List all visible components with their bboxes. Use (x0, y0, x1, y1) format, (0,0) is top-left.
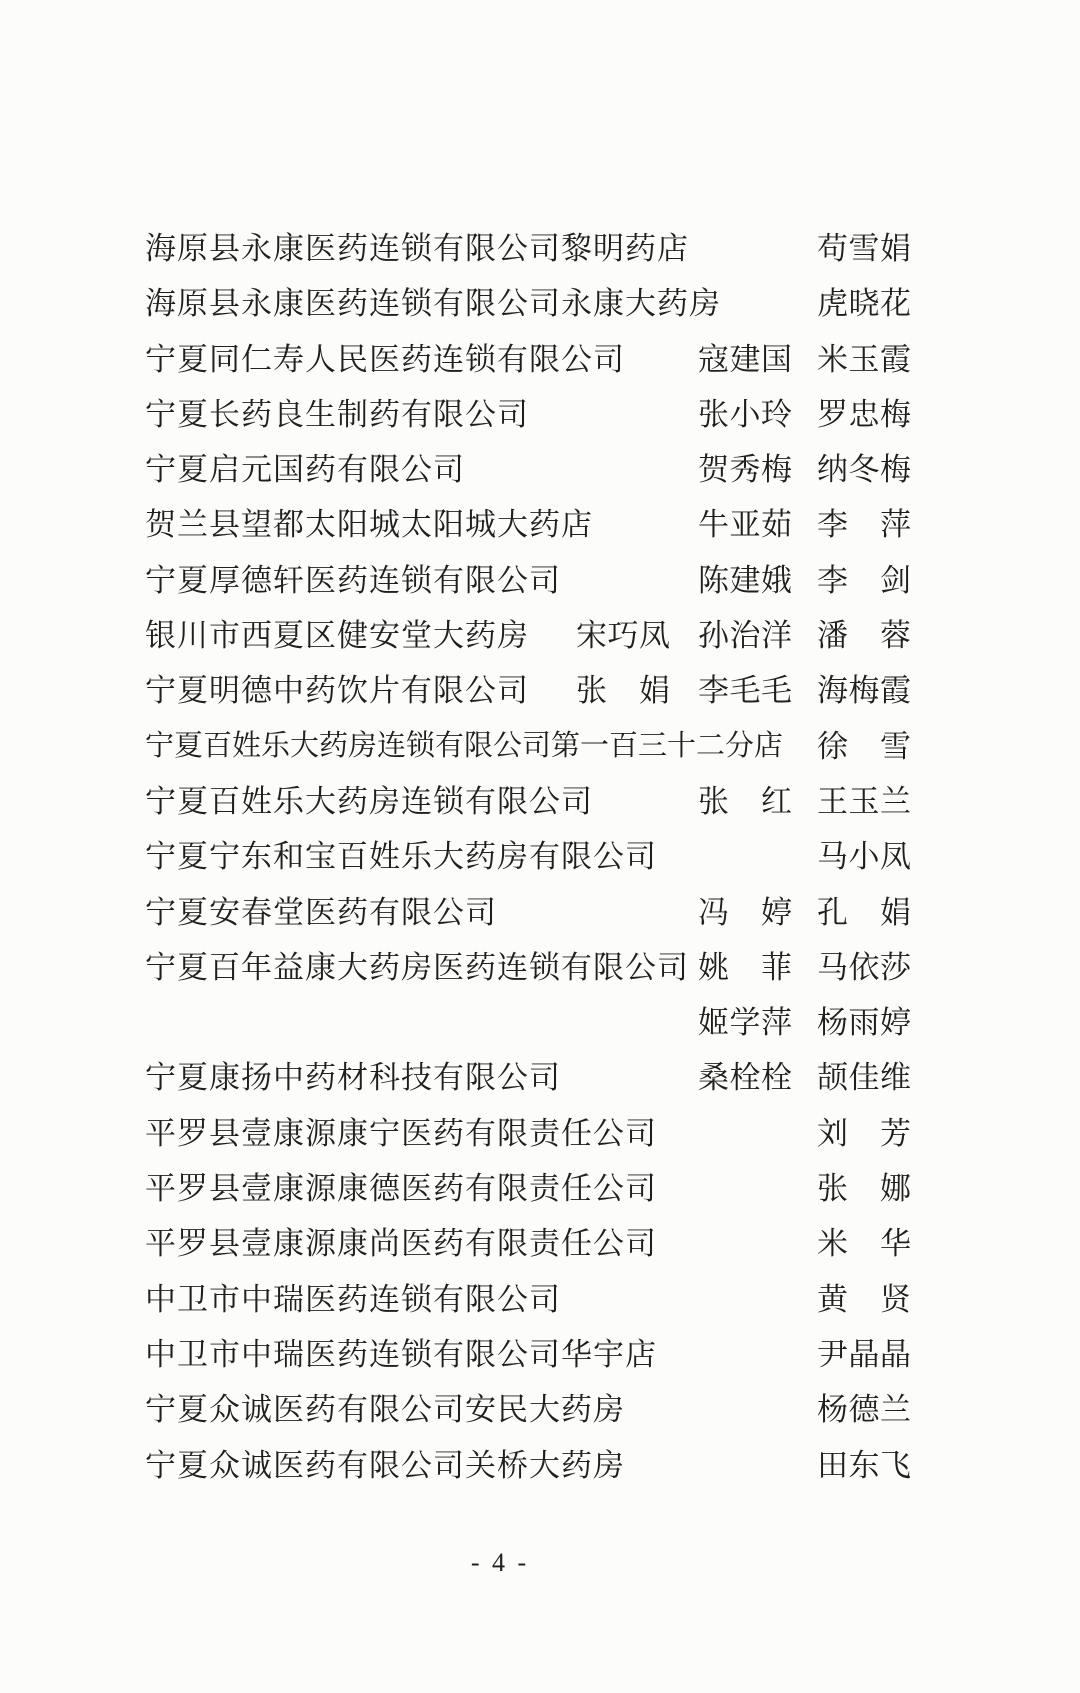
person-name-3: 罗忠梅 (817, 387, 911, 442)
person-name-2: 张红 (698, 774, 792, 829)
table-row: 宁夏百年益康大药房医药连锁有限公司 姚菲 马依莎 (0, 940, 1080, 995)
person-name-3: 杨德兰 (817, 1382, 911, 1437)
table-row: 中卫市中瑞医药连锁有限公司 黄贤 (0, 1272, 1080, 1327)
table-row: 平罗县壹康源康德医药有限责任公司 张娜 (0, 1161, 1080, 1216)
company-name: 平罗县壹康源康宁医药有限责任公司 (145, 1106, 657, 1161)
table-row: 宁夏百姓乐大药房连锁有限公司第一百三十二分店 徐雪 (0, 719, 1080, 774)
person-name-3: 苟雪娟 (817, 221, 911, 276)
company-name: 宁夏宁东和宝百姓乐大药房有限公司 (145, 829, 657, 884)
company-name: 海原县永康医药连锁有限公司黎明药店 (145, 221, 689, 276)
table-row: 宁夏启元国药有限公司 贺秀梅 纳冬梅 (0, 442, 1080, 497)
person-name-2: 寇建国 (698, 332, 792, 387)
table-row: 宁夏厚德轩医药连锁有限公司 陈建娥 李剑 (0, 553, 1080, 608)
company-name: 宁夏众诚医药有限公司安民大药房 (145, 1382, 625, 1437)
person-name-3: 李萍 (817, 497, 911, 552)
table-row: 中卫市中瑞医药连锁有限公司华宇店 尹晶晶 (0, 1327, 1080, 1382)
person-name-3: 孔娟 (817, 885, 911, 940)
person-name-3: 纳冬梅 (817, 442, 911, 497)
person-name-1: 张娟 (576, 663, 670, 718)
person-name-3: 刘芳 (817, 1106, 911, 1161)
person-name-2: 冯婷 (698, 885, 792, 940)
page-number: - 4 - (0, 1545, 1000, 1581)
table-row: 宁夏百姓乐大药房连锁有限公司 张红 王玉兰 (0, 774, 1080, 829)
company-name: 宁夏厚德轩医药连锁有限公司 (145, 553, 561, 608)
company-name: 宁夏众诚医药有限公司关桥大药房 (145, 1438, 625, 1493)
person-name-3: 马依莎 (817, 940, 911, 995)
person-name-3: 虎晓花 (817, 276, 911, 331)
table-row: 姬学萍 杨雨婷 (0, 995, 1080, 1050)
person-name-3: 尹晶晶 (817, 1327, 911, 1382)
document-page: 海原县永康医药连锁有限公司黎明药店 苟雪娟 海原县永康医药连锁有限公司永康大药房… (0, 0, 1080, 1693)
table-row: 宁夏众诚医药有限公司关桥大药房 田东飞 (0, 1438, 1080, 1493)
person-name-2: 姬学萍 (698, 995, 792, 1050)
company-name: 宁夏百年益康大药房医药连锁有限公司 (145, 940, 689, 995)
table-row: 宁夏安春堂医药有限公司 冯婷 孔娟 (0, 885, 1080, 940)
company-name: 银川市西夏区健安堂大药房 (145, 608, 529, 663)
company-name: 平罗县壹康源康尚医药有限责任公司 (145, 1216, 657, 1271)
table-row: 平罗县壹康源康宁医药有限责任公司 刘芳 (0, 1106, 1080, 1161)
company-name: 宁夏启元国药有限公司 (145, 442, 465, 497)
person-name-2: 孙治洋 (698, 608, 792, 663)
company-name: 宁夏安春堂医药有限公司 (145, 885, 497, 940)
company-name: 宁夏康扬中药材科技有限公司 (145, 1050, 561, 1105)
person-name-3: 米玉霞 (817, 332, 911, 387)
table-row: 海原县永康医药连锁有限公司永康大药房 虎晓花 (0, 276, 1080, 331)
company-name: 宁夏同仁寿人民医药连锁有限公司 (145, 332, 625, 387)
company-name-list: 海原县永康医药连锁有限公司黎明药店 苟雪娟 海原县永康医药连锁有限公司永康大药房… (0, 221, 1080, 1493)
person-name-3: 徐雪 (817, 719, 911, 774)
person-name-2: 桑栓栓 (698, 1050, 792, 1105)
person-name-3: 黄贤 (817, 1272, 911, 1327)
company-name: 宁夏明德中药饮片有限公司 (145, 663, 529, 718)
company-name: 贺兰县望都太阳城太阳城大药店 (145, 497, 593, 552)
person-name-1: 宋巧凤 (576, 608, 670, 663)
company-name: 中卫市中瑞医药连锁有限公司 (145, 1272, 561, 1327)
person-name-3: 杨雨婷 (817, 995, 911, 1050)
person-name-3: 潘蓉 (817, 608, 911, 663)
person-name-2: 张小玲 (698, 387, 792, 442)
person-name-3: 田东飞 (817, 1438, 911, 1493)
table-row: 宁夏康扬中药材科技有限公司 桑栓栓 颉佳维 (0, 1050, 1080, 1105)
company-name: 宁夏百姓乐大药房连锁有限公司 (145, 774, 593, 829)
company-name: 平罗县壹康源康德医药有限责任公司 (145, 1161, 657, 1216)
table-row: 宁夏明德中药饮片有限公司 张娟 李毛毛 海梅霞 (0, 663, 1080, 718)
person-name-2: 贺秀梅 (698, 442, 792, 497)
person-name-2: 陈建娥 (698, 553, 792, 608)
table-row: 宁夏长药良生制药有限公司 张小玲 罗忠梅 (0, 387, 1080, 442)
table-row: 贺兰县望都太阳城太阳城大药店 牛亚茹 李萍 (0, 497, 1080, 552)
table-row: 宁夏宁东和宝百姓乐大药房有限公司 马小凤 (0, 829, 1080, 884)
person-name-2: 李毛毛 (698, 663, 792, 718)
table-row: 银川市西夏区健安堂大药房 宋巧凤 孙治洋 潘蓉 (0, 608, 1080, 663)
table-row: 海原县永康医药连锁有限公司黎明药店 苟雪娟 (0, 221, 1080, 276)
company-name: 中卫市中瑞医药连锁有限公司华宇店 (145, 1327, 657, 1382)
person-name-3: 米华 (817, 1216, 911, 1271)
person-name-3: 王玉兰 (817, 774, 911, 829)
person-name-3: 颉佳维 (817, 1050, 911, 1105)
person-name-3: 李剑 (817, 553, 911, 608)
person-name-3: 张娜 (817, 1161, 911, 1216)
person-name-3: 马小凤 (817, 829, 911, 884)
company-name: 宁夏长药良生制药有限公司 (145, 387, 529, 442)
table-row: 平罗县壹康源康尚医药有限责任公司 米华 (0, 1216, 1080, 1271)
person-name-2: 牛亚茹 (698, 497, 792, 552)
company-name: 海原县永康医药连锁有限公司永康大药房 (145, 276, 721, 331)
company-name: 宁夏百姓乐大药房连锁有限公司第一百三十二分店 (145, 719, 783, 774)
person-name-2: 姚菲 (698, 940, 792, 995)
person-name-3: 海梅霞 (817, 663, 911, 718)
table-row: 宁夏众诚医药有限公司安民大药房 杨德兰 (0, 1382, 1080, 1437)
table-row: 宁夏同仁寿人民医药连锁有限公司 寇建国 米玉霞 (0, 332, 1080, 387)
